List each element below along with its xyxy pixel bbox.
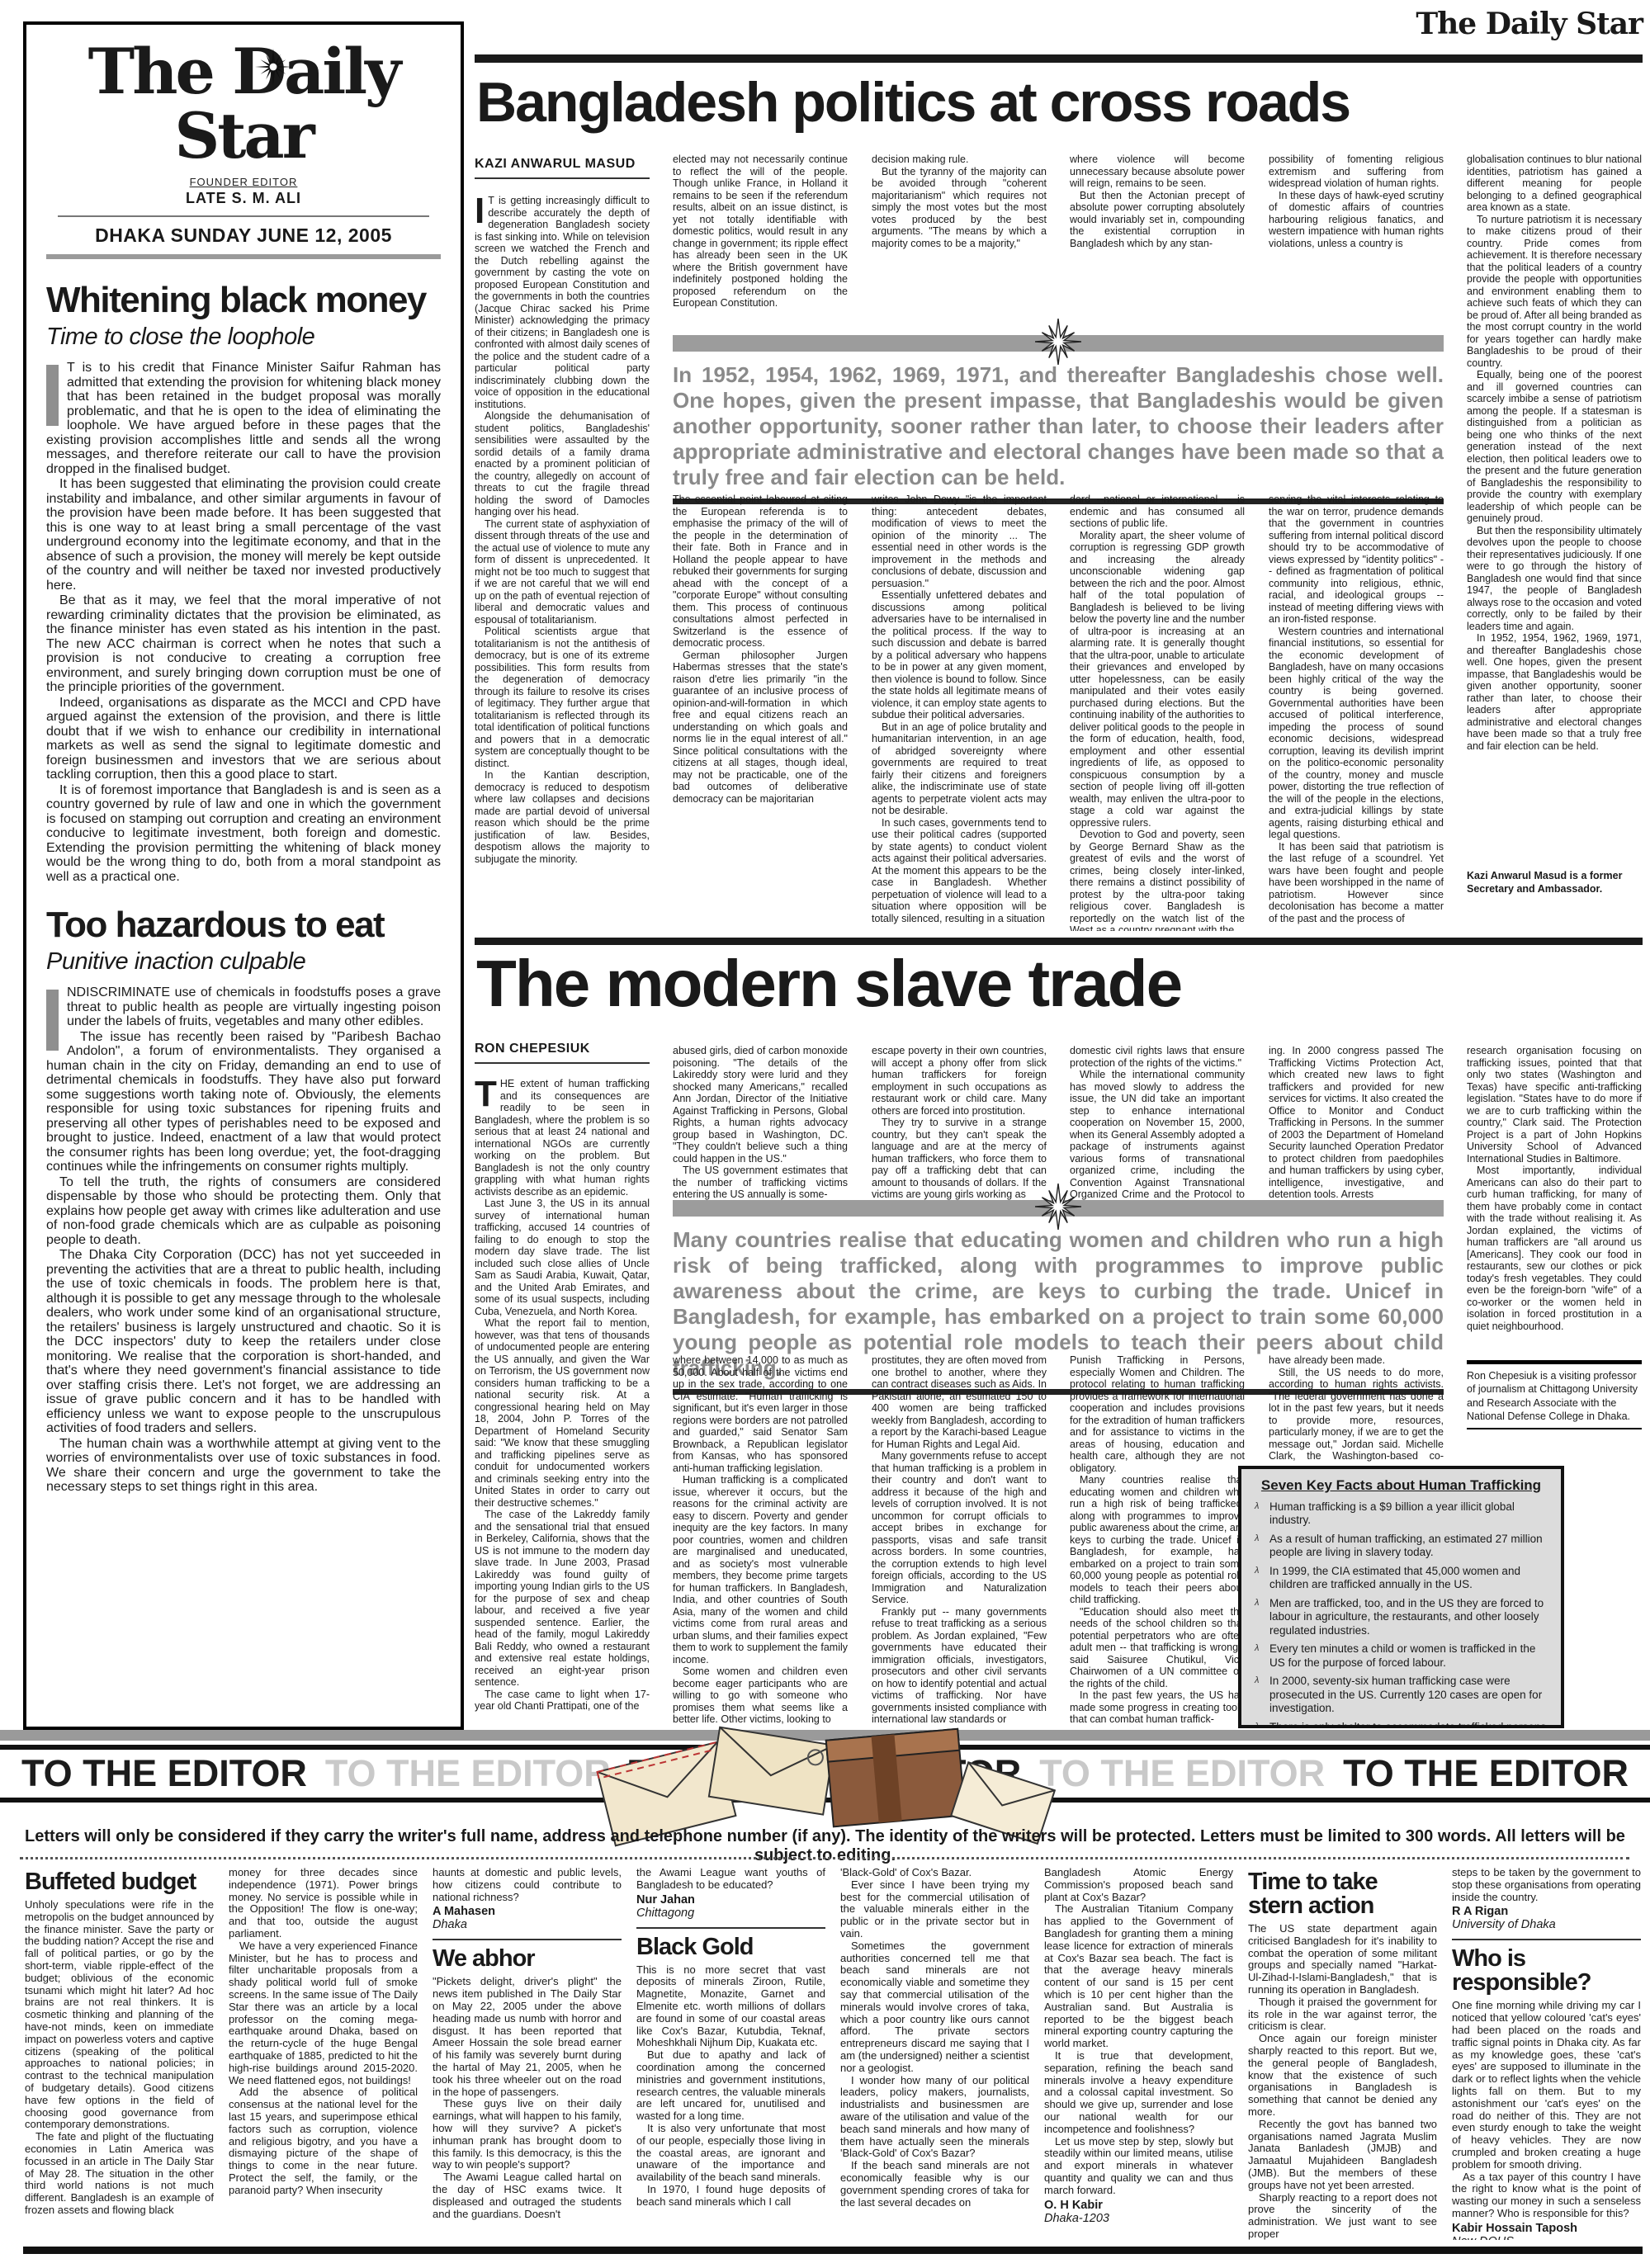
fact-box-title: Seven Key Facts about Human Trafficking <box>1255 1477 1548 1494</box>
letter-location: Chittagong <box>636 1907 825 1920</box>
paragraph: Morality apart, the sheer volume of corr… <box>1070 530 1245 829</box>
letter-heading: Buffeted budget <box>25 1870 214 1894</box>
paragraph: The Awami League called hartal on the da… <box>433 2171 622 2220</box>
letters-column: Time to take stern actionThe US state de… <box>1248 1867 1437 2240</box>
paragraph: The case came to light when 17-year old … <box>475 1689 650 1713</box>
paragraph: have already been made. <box>1269 1354 1444 1367</box>
paragraph: Let us move step by step, slowly but ste… <box>1044 2136 1233 2197</box>
editor-banner: TO THE EDITORTO THE EDITORTO THE EDITORT… <box>0 1745 1650 1803</box>
letter-location: Dhaka-1203 <box>1044 2212 1233 2225</box>
editorial-1-title: Whitening black money <box>46 282 441 319</box>
bullet-icon: λ <box>1255 1533 1269 1560</box>
bullet-icon: λ <box>1255 1565 1269 1592</box>
letter-location: University of Dhaka <box>1452 1918 1641 1931</box>
paragraph: ing. In 2000 congress passed The Traffic… <box>1269 1045 1444 1200</box>
paragraph: The fate and plight of the fluctuating e… <box>25 2131 214 2217</box>
letter-signature: O. H Kabir <box>1044 2199 1233 2212</box>
paragraph: Indeed, organisations as disparate as th… <box>46 696 441 782</box>
letters-column: Bangladesh Atomic Energy Commission's pr… <box>1044 1867 1233 2240</box>
dropcap-bar <box>46 990 59 1051</box>
paragraph: Be that as it may, we feel that the mora… <box>46 593 441 695</box>
paragraph: But then the responsibility ultimately d… <box>1467 525 1642 633</box>
paragraph: It has been suggested that eliminating t… <box>46 477 441 593</box>
paragraph: It is true that development, separation,… <box>1044 2050 1233 2136</box>
paragraph: One fine morning while driving my car I … <box>1452 2000 1641 2171</box>
paragraph: It has been said that patriotism is the … <box>1269 841 1444 925</box>
editorial-2-subtitle: Punitive inaction culpable <box>46 948 441 976</box>
paragraph: Most importantly, individual Americans c… <box>1467 1165 1642 1332</box>
masthead-star-icon <box>255 31 291 96</box>
paragraph: where violence will become unnecessary b… <box>1070 154 1245 190</box>
dropcap-bar <box>46 365 59 426</box>
paragraph: Add the absence of political consensus a… <box>229 2086 418 2196</box>
letters-policy: Letters will only be considered if they … <box>0 1827 1650 1865</box>
article-column: T HE extent of human trafficking and its… <box>475 1078 650 1730</box>
paragraph: "Pickets delight, driver's plight" the n… <box>433 1976 622 2098</box>
paragraph: Ever since I have been trying my best fo… <box>840 1879 1029 1940</box>
dropcap-letter: I <box>475 196 485 226</box>
paragraph: The US government estimates that the num… <box>673 1165 848 1200</box>
paragraph: In these days of hawk-eyed scrutiny of d… <box>1269 190 1444 250</box>
paragraph: Recently the govt has banned two organis… <box>1248 2119 1437 2192</box>
paragraph: Though it praised the government for its… <box>1248 1996 1437 2033</box>
corner-logo: The Daily Star <box>1370 7 1643 41</box>
byline-name: KAZI ANWARUL MASUD <box>475 157 636 171</box>
editorial-1-body: T is to his credit that Finance Minister… <box>46 361 441 884</box>
paragraph: money for three decades since independen… <box>229 1867 418 1940</box>
paragraph: The Dhaka City Corporation (DCC) has not… <box>46 1248 441 1436</box>
article-column: abused girls, died of carbon monoxide po… <box>673 1045 848 1200</box>
letter-location: Dhaka <box>433 1918 622 1931</box>
letter-signature: Kabir Hossain Taposh <box>1452 2222 1641 2235</box>
fact-item: λHuman trafficking is a $9 billion a yea… <box>1255 1500 1548 1528</box>
article-column: escape poverty in their own countries, w… <box>872 1045 1047 1200</box>
paragraph: decision making rule. <box>872 154 1047 166</box>
article-column: The essential point laboured at citing t… <box>673 494 848 931</box>
banner-segment: TO THE EDITOR <box>21 1752 307 1795</box>
article-column: have already been made.Still, the US nee… <box>1269 1354 1444 1462</box>
paragraph: Sharply reacting to a report does not pr… <box>1248 2192 1437 2240</box>
politics-article: Bangladesh politics at cross roads KAZI … <box>475 48 1643 938</box>
fact-item: λIn 1999, the CIA estimated that 45,000 … <box>1255 1565 1548 1592</box>
banner-segment: TO THE EDITOR <box>1039 1752 1325 1795</box>
paragraph: This is no more secret that vast deposit… <box>636 1964 825 2050</box>
paragraph: The US state department again criticised… <box>1248 1923 1437 1996</box>
paragraph: Once again our foreign minister sharply … <box>1248 2033 1437 2119</box>
slave-byline: RON CHEPESIUK <box>475 1042 650 1064</box>
starburst-icon <box>1035 319 1081 369</box>
fact-item: λThere is only shelter to accommodate tr… <box>1255 1721 1548 1728</box>
article-column: Punish Trafficking in Persons, especiall… <box>1070 1354 1245 1730</box>
article-column: I T is getting increasingly difficult to… <box>475 195 650 931</box>
paragraph: Bangladesh Atomic Energy Commission's pr… <box>1044 1867 1233 1903</box>
pull-quote-bar <box>673 1200 1444 1217</box>
paragraph: Devotion to God and poverty, seen by Geo… <box>1070 829 1245 931</box>
article-column: writes John Dewy "is the important thing… <box>872 494 1047 931</box>
paragraph: Sometimes the government authorities con… <box>840 1940 1029 2075</box>
paragraph: But in an age of police brutality and hu… <box>872 721 1047 817</box>
starburst-icon <box>1035 1184 1081 1234</box>
paragraph: domestic civil rights laws that ensure p… <box>1070 1045 1245 1069</box>
paragraph: I wonder how many of our political leade… <box>840 2075 1029 2161</box>
paragraph: Last June 3, the US in its annual survey… <box>475 1198 650 1317</box>
bullet-icon: λ <box>1255 1597 1269 1637</box>
editorial-1-subtitle: Time to close the loophole <box>46 324 441 351</box>
paragraph: The essential point laboured at citing t… <box>673 494 848 650</box>
pull-quote-bar <box>673 335 1444 352</box>
paragraph: T is getting increasingly difficult to d… <box>475 195 650 410</box>
article-column: domestic civil rights laws that ensure p… <box>1070 1045 1245 1200</box>
letter-signature: A Mahasen <box>433 1905 622 1918</box>
newspaper-page: The Daily Star FOUNDER EDITOR LATE S. M.… <box>0 0 1650 2268</box>
article-column: elected may not necessarily continue to … <box>673 154 848 328</box>
paragraph: Essentially unfettered debates and discu… <box>872 589 1047 721</box>
masthead-rule <box>58 215 429 217</box>
dateline: DHAKA SUNDAY JUNE 12, 2005 <box>46 224 441 247</box>
paragraph: NDISCRIMINATE use of chemicals in foodst… <box>46 985 441 1029</box>
masthead-rule-2 <box>46 254 441 259</box>
section-rule <box>475 54 1643 63</box>
letter-signature: R A Rigan <box>1452 1905 1641 1918</box>
fact-box-items: λHuman trafficking is a $9 billion a yea… <box>1255 1500 1548 1728</box>
letters-column: the Awami League want youths of Banglade… <box>636 1867 825 2240</box>
politics-author-credit: Kazi Anwarul Masud is a former Secretary… <box>1467 865 1642 938</box>
paragraph: escape poverty in their own countries, w… <box>872 1045 1047 1117</box>
paragraph: steps to be taken by the government to s… <box>1452 1867 1641 1903</box>
paragraph: In such cases, governments tend to use t… <box>872 817 1047 925</box>
founder-editor-label: FOUNDER EDITOR <box>46 176 441 188</box>
article-column: research organisation focusing on traffi… <box>1467 1045 1642 1352</box>
bullet-icon: λ <box>1255 1675 1269 1715</box>
paragraph: prostitutes, they are often moved from o… <box>872 1354 1047 1450</box>
paragraph: writes John Dewy "is the important thing… <box>872 494 1047 589</box>
letters-column: steps to be taken by the government to s… <box>1452 1867 1641 2240</box>
paragraph: Frankly put -- many governments refuse t… <box>872 1606 1047 1726</box>
fact-item: λAs a result of human trafficking, an es… <box>1255 1533 1548 1560</box>
paragraph: To tell the truth, the rights of consume… <box>46 1175 441 1248</box>
letter-divider <box>433 1939 622 1940</box>
paragraph: Many governments refuse to accept that h… <box>872 1450 1047 1606</box>
paragraph: the Awami League want youths of Banglade… <box>636 1867 825 1892</box>
editorial-box: The Daily Star FOUNDER EDITOR LATE S. M.… <box>23 21 464 1730</box>
fact-box: Seven Key Facts about Human Trafficking … <box>1238 1466 1564 1728</box>
letter-signature: Nur Jahan <box>636 1893 825 1907</box>
paragraph: If the beach sand minerals are not econo… <box>840 2160 1029 2209</box>
paragraph: where between 14,000 to as much as 50,00… <box>673 1354 848 1474</box>
dotted-rule <box>20 1857 1629 1859</box>
paragraph: Human trafficking is a complicated issue… <box>673 1474 848 1666</box>
editorial-2-body: NDISCRIMINATE use of chemicals in foodst… <box>46 985 441 1495</box>
letter-divider <box>1452 1939 1641 1940</box>
masthead-logo: The Daily Star <box>46 40 441 168</box>
paragraph: Political scientists argue that totalita… <box>475 626 650 769</box>
paragraph: Still, the US needs to do more, accordin… <box>1269 1367 1444 1462</box>
bottom-rule <box>23 2247 1643 2254</box>
paragraph: Punish Trafficking in Persons, especiall… <box>1070 1354 1245 1474</box>
paragraph: globalisation continues to blur national… <box>1467 154 1642 214</box>
letters-column: 'Black-Gold' of Cox's Bazar.Ever since I… <box>840 1867 1029 2240</box>
paragraph: But the tyranny of the majority can be a… <box>872 166 1047 250</box>
paragraph: These guys live on their daily earnings,… <box>433 2098 622 2171</box>
banner-segment: TO THE EDITOR <box>325 1752 611 1795</box>
bullet-icon: λ <box>1255 1721 1269 1728</box>
pull-quote-text: In 1952, 1954, 1962, 1969, 1971, and the… <box>673 362 1444 490</box>
letters-column: haunts at domestic and public levels, ho… <box>433 1867 622 2240</box>
paragraph: Unholy speculations were rife in the met… <box>25 1899 214 2131</box>
paragraph: But due to apathy and lack of coordinati… <box>636 2049 825 2123</box>
slave-author-credit: Ron Chepesiuk is a visiting professor of… <box>1467 1360 1642 1429</box>
paragraph: It is of foremost importance that Bangla… <box>46 783 441 885</box>
politics-headline: Bangladesh politics at cross roads <box>476 76 1350 130</box>
article-column: where between 14,000 to as much as 50,00… <box>673 1354 848 1730</box>
article-column: serving the vital interests relating to … <box>1269 494 1444 931</box>
paragraph: Western countries and international fina… <box>1269 626 1444 841</box>
paragraph: They try to survive in a strange country… <box>872 1117 1047 1200</box>
paragraph: haunts at domestic and public levels, ho… <box>433 1867 622 1903</box>
paragraph: As a tax payer of this country I have th… <box>1452 2171 1641 2220</box>
paragraph: elected may not necessarily continue to … <box>673 154 848 309</box>
article-column: decision making rule.But the tyranny of … <box>872 154 1047 328</box>
fact-item: λMen are trafficked, too, and in the US … <box>1255 1597 1548 1637</box>
paragraph: The case of the Lakreddy family and the … <box>475 1509 650 1689</box>
paragraph: abused girls, died of carbon monoxide po… <box>673 1045 848 1165</box>
fact-item: λIn 2000, seventy-six human trafficking … <box>1255 1675 1548 1715</box>
paragraph: In 1952, 1954, 1962, 1969, 1971, and the… <box>1467 632 1642 752</box>
paragraph: The current state of asphyxiation of dis… <box>475 518 650 626</box>
article-column: where violence will become unnecessary b… <box>1070 154 1245 328</box>
paragraph: The Australian Titanium Company has appl… <box>1044 1903 1233 2050</box>
politics-byline: KAZI ANWARUL MASUD <box>475 157 650 179</box>
bullet-icon: λ <box>1255 1500 1269 1528</box>
letter-heading: We abhor <box>433 1947 622 1971</box>
editorial-2-title: Too hazardous to eat <box>46 907 441 943</box>
paragraph: But then the Actonian precept of absolut… <box>1070 190 1245 250</box>
letter-heading: Time to take stern action <box>1248 1870 1437 1918</box>
letter-location: New DOHS <box>1452 2235 1641 2240</box>
paragraph: "Education should also meet the needs of… <box>1070 1606 1245 1690</box>
letters-column: money for three decades since independen… <box>229 1867 418 2240</box>
politics-pull-quote: In 1952, 1954, 1962, 1969, 1971, and the… <box>673 335 1444 504</box>
paragraph: dard --national or international -- is e… <box>1070 494 1245 530</box>
paragraph: In the past few years, the US has made s… <box>1070 1689 1245 1726</box>
paragraph: The human chain was a worthwhile attempt… <box>46 1437 441 1495</box>
letter-heading: Who is responsible? <box>1452 1947 1641 1995</box>
byline-name: RON CHEPESIUK <box>475 1042 590 1056</box>
banner-segment: TO THE EDITOR <box>1343 1752 1629 1795</box>
article-column: ing. In 2000 congress passed The Traffic… <box>1269 1045 1444 1200</box>
paragraph: 'Black-Gold' of Cox's Bazar. <box>840 1867 1029 1879</box>
paragraph: research organisation focusing on traffi… <box>1467 1045 1642 1165</box>
fact-item: λEvery ten minutes a child or women is t… <box>1255 1642 1548 1670</box>
slave-headline: The modern slave trade <box>476 952 1181 1015</box>
paragraph: possibility of fomenting religious extre… <box>1269 154 1444 190</box>
paragraph: The issue has recently been raised by "P… <box>46 1030 441 1174</box>
letters-column: Buffeted budgetUnholy speculations were … <box>25 1867 214 2240</box>
paragraph: German philosopher Jurgen Habermas stres… <box>673 650 848 806</box>
paragraph: What the report fail to mention, however… <box>475 1317 650 1509</box>
masthead-title: The Daily Star <box>88 35 399 172</box>
paragraph: T is to his credit that Finance Minister… <box>46 361 441 476</box>
paragraph: Equally, being one of the poorest and il… <box>1467 369 1642 525</box>
dropcap-letter: T <box>475 1080 497 1109</box>
paragraph: To nurture patriotism it is necessary to… <box>1467 214 1642 370</box>
article-column: prostitutes, they are often moved from o… <box>872 1354 1047 1730</box>
paragraph: We have a very experienced Finance Minis… <box>229 1940 418 2087</box>
letter-heading: Black Gold <box>636 1935 825 1959</box>
paragraph: Many countries realise that educating wo… <box>1070 1474 1245 1606</box>
founder-editor-name: LATE S. M. ALI <box>46 190 441 207</box>
section-rule <box>475 938 1643 945</box>
paragraph: serving the vital interests relating to … <box>1269 494 1444 626</box>
paragraph: It is also very unfortunate that most of… <box>636 2123 825 2184</box>
article-column: globalisation continues to blur national… <box>1467 154 1642 862</box>
paragraph: While the international community has mo… <box>1070 1069 1245 1200</box>
letter-divider <box>636 1927 825 1929</box>
slave-trade-article: The modern slave trade RON CHEPESIUK T H… <box>475 938 1643 1767</box>
paragraph: HE extent of human trafficking and its c… <box>475 1078 650 1198</box>
article-column: possibility of fomenting religious extre… <box>1269 154 1444 328</box>
paragraph: In the Kantian description, democracy is… <box>475 769 650 865</box>
paragraph: Alongside the dehumanisation of student … <box>475 410 650 518</box>
article-column: dard --national or international -- is e… <box>1070 494 1245 931</box>
bullet-icon: λ <box>1255 1642 1269 1670</box>
paragraph: In 1970, I found huge deposits of beach … <box>636 2184 825 2209</box>
